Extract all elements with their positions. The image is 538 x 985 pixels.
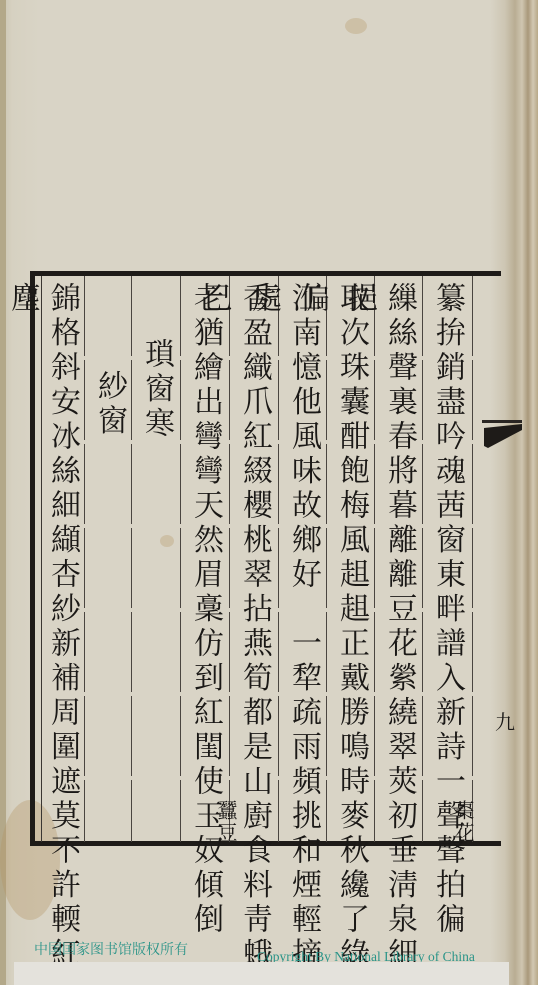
text-column-4: 江南憶他風味故鄉好 一犂疏雨頻挑和煙輕摘處 bbox=[283, 282, 323, 985]
text-column-3: 取次珠囊酣飽梅風趄趄正戴勝鳴時麥秋纔了綠偏 bbox=[331, 282, 371, 985]
text-column-5: 香盈織爪紅綴櫻桃翠拈燕筍都是山廚食料靑蛾已 bbox=[234, 282, 274, 985]
next-page-edge bbox=[14, 962, 509, 985]
column-divider bbox=[131, 276, 132, 842]
text-column-2: 繅絲聲裏春將暮離離豆花縈繞翠莢初垂淸泉細挹 bbox=[379, 282, 419, 985]
subtitle-column: 紗窗 bbox=[89, 370, 129, 439]
section-title-column: 瑣窗寒 bbox=[136, 338, 176, 442]
column-divider bbox=[229, 276, 230, 842]
page-number: 九 bbox=[495, 706, 515, 735]
column-divider bbox=[180, 276, 181, 842]
column-divider bbox=[472, 276, 473, 842]
column-divider bbox=[84, 276, 85, 842]
text-column-9: 錦格斜安冰絲細纈杏紗新補周圍遮莫不許輭紅塵 bbox=[42, 282, 82, 985]
column-divider bbox=[374, 276, 375, 842]
column-divider bbox=[422, 276, 423, 842]
annotation-note-1: 棗花 bbox=[452, 800, 474, 844]
margin-tab-mark-icon bbox=[482, 420, 522, 450]
column-divider bbox=[278, 276, 279, 842]
chinese-copyright-watermark: 中国国家图书馆版权所有 bbox=[34, 939, 188, 959]
column-divider bbox=[326, 276, 327, 842]
annotation-note-6: 蠶豆 bbox=[215, 800, 237, 844]
paper-stain bbox=[345, 18, 367, 34]
